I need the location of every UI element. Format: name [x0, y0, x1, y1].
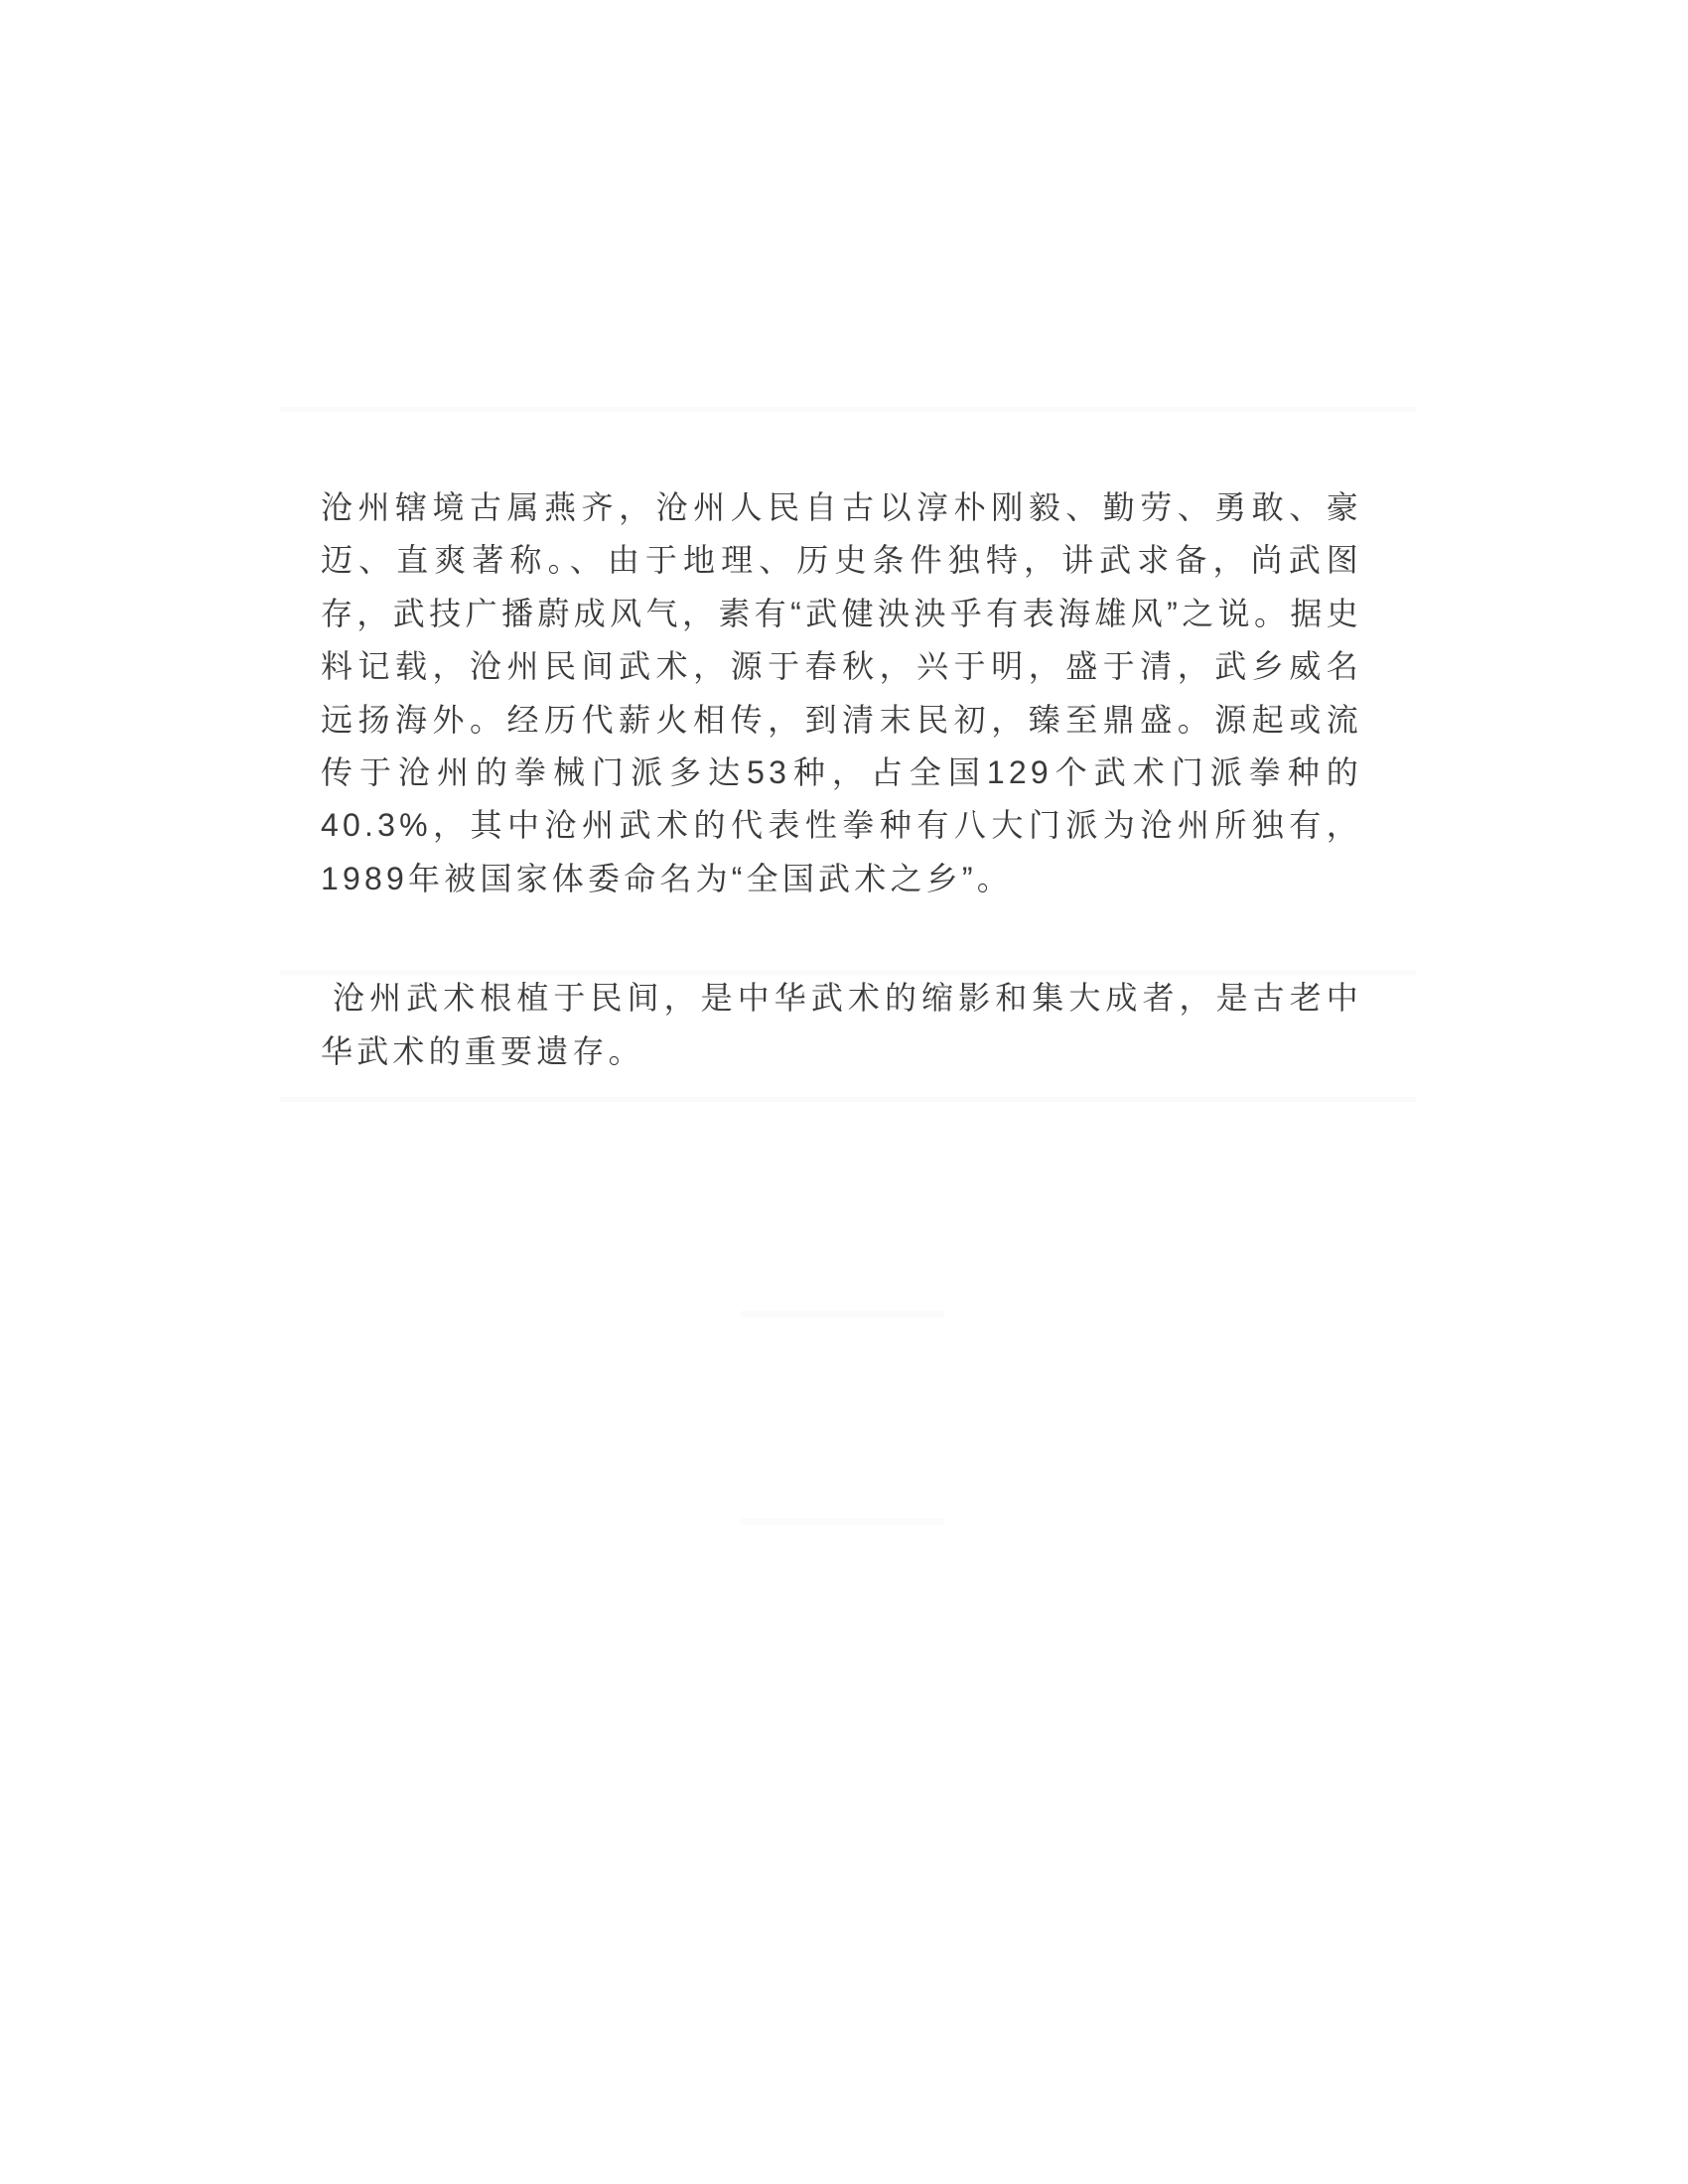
article-text-block: 沧州辖境古属燕齐，沧州人民自古以淳朴刚毅、勤劳、勇敢、豪迈、直爽著称。、由于地理…	[321, 481, 1362, 1078]
faded-placeholder-bar-1	[740, 1310, 945, 1317]
faded-placeholder-bar-2	[740, 1518, 945, 1525]
document-page: 沧州辖境古属燕齐，沧州人民自古以淳朴刚毅、勤劳、勇敢、豪迈、直爽著称。、由于地理…	[0, 0, 1688, 2184]
paragraph-summary: 沧州武术根植于民间，是中华武术的缩影和集大成者，是古老中华武术的重要遗存。	[321, 972, 1362, 1078]
section-divider-top	[279, 407, 1417, 412]
section-divider-bottom	[279, 1097, 1417, 1102]
section-divider-middle	[279, 970, 1417, 975]
paragraph-history: 沧州辖境古属燕齐，沧州人民自古以淳朴刚毅、勤劳、勇敢、豪迈、直爽著称。、由于地理…	[321, 481, 1362, 905]
